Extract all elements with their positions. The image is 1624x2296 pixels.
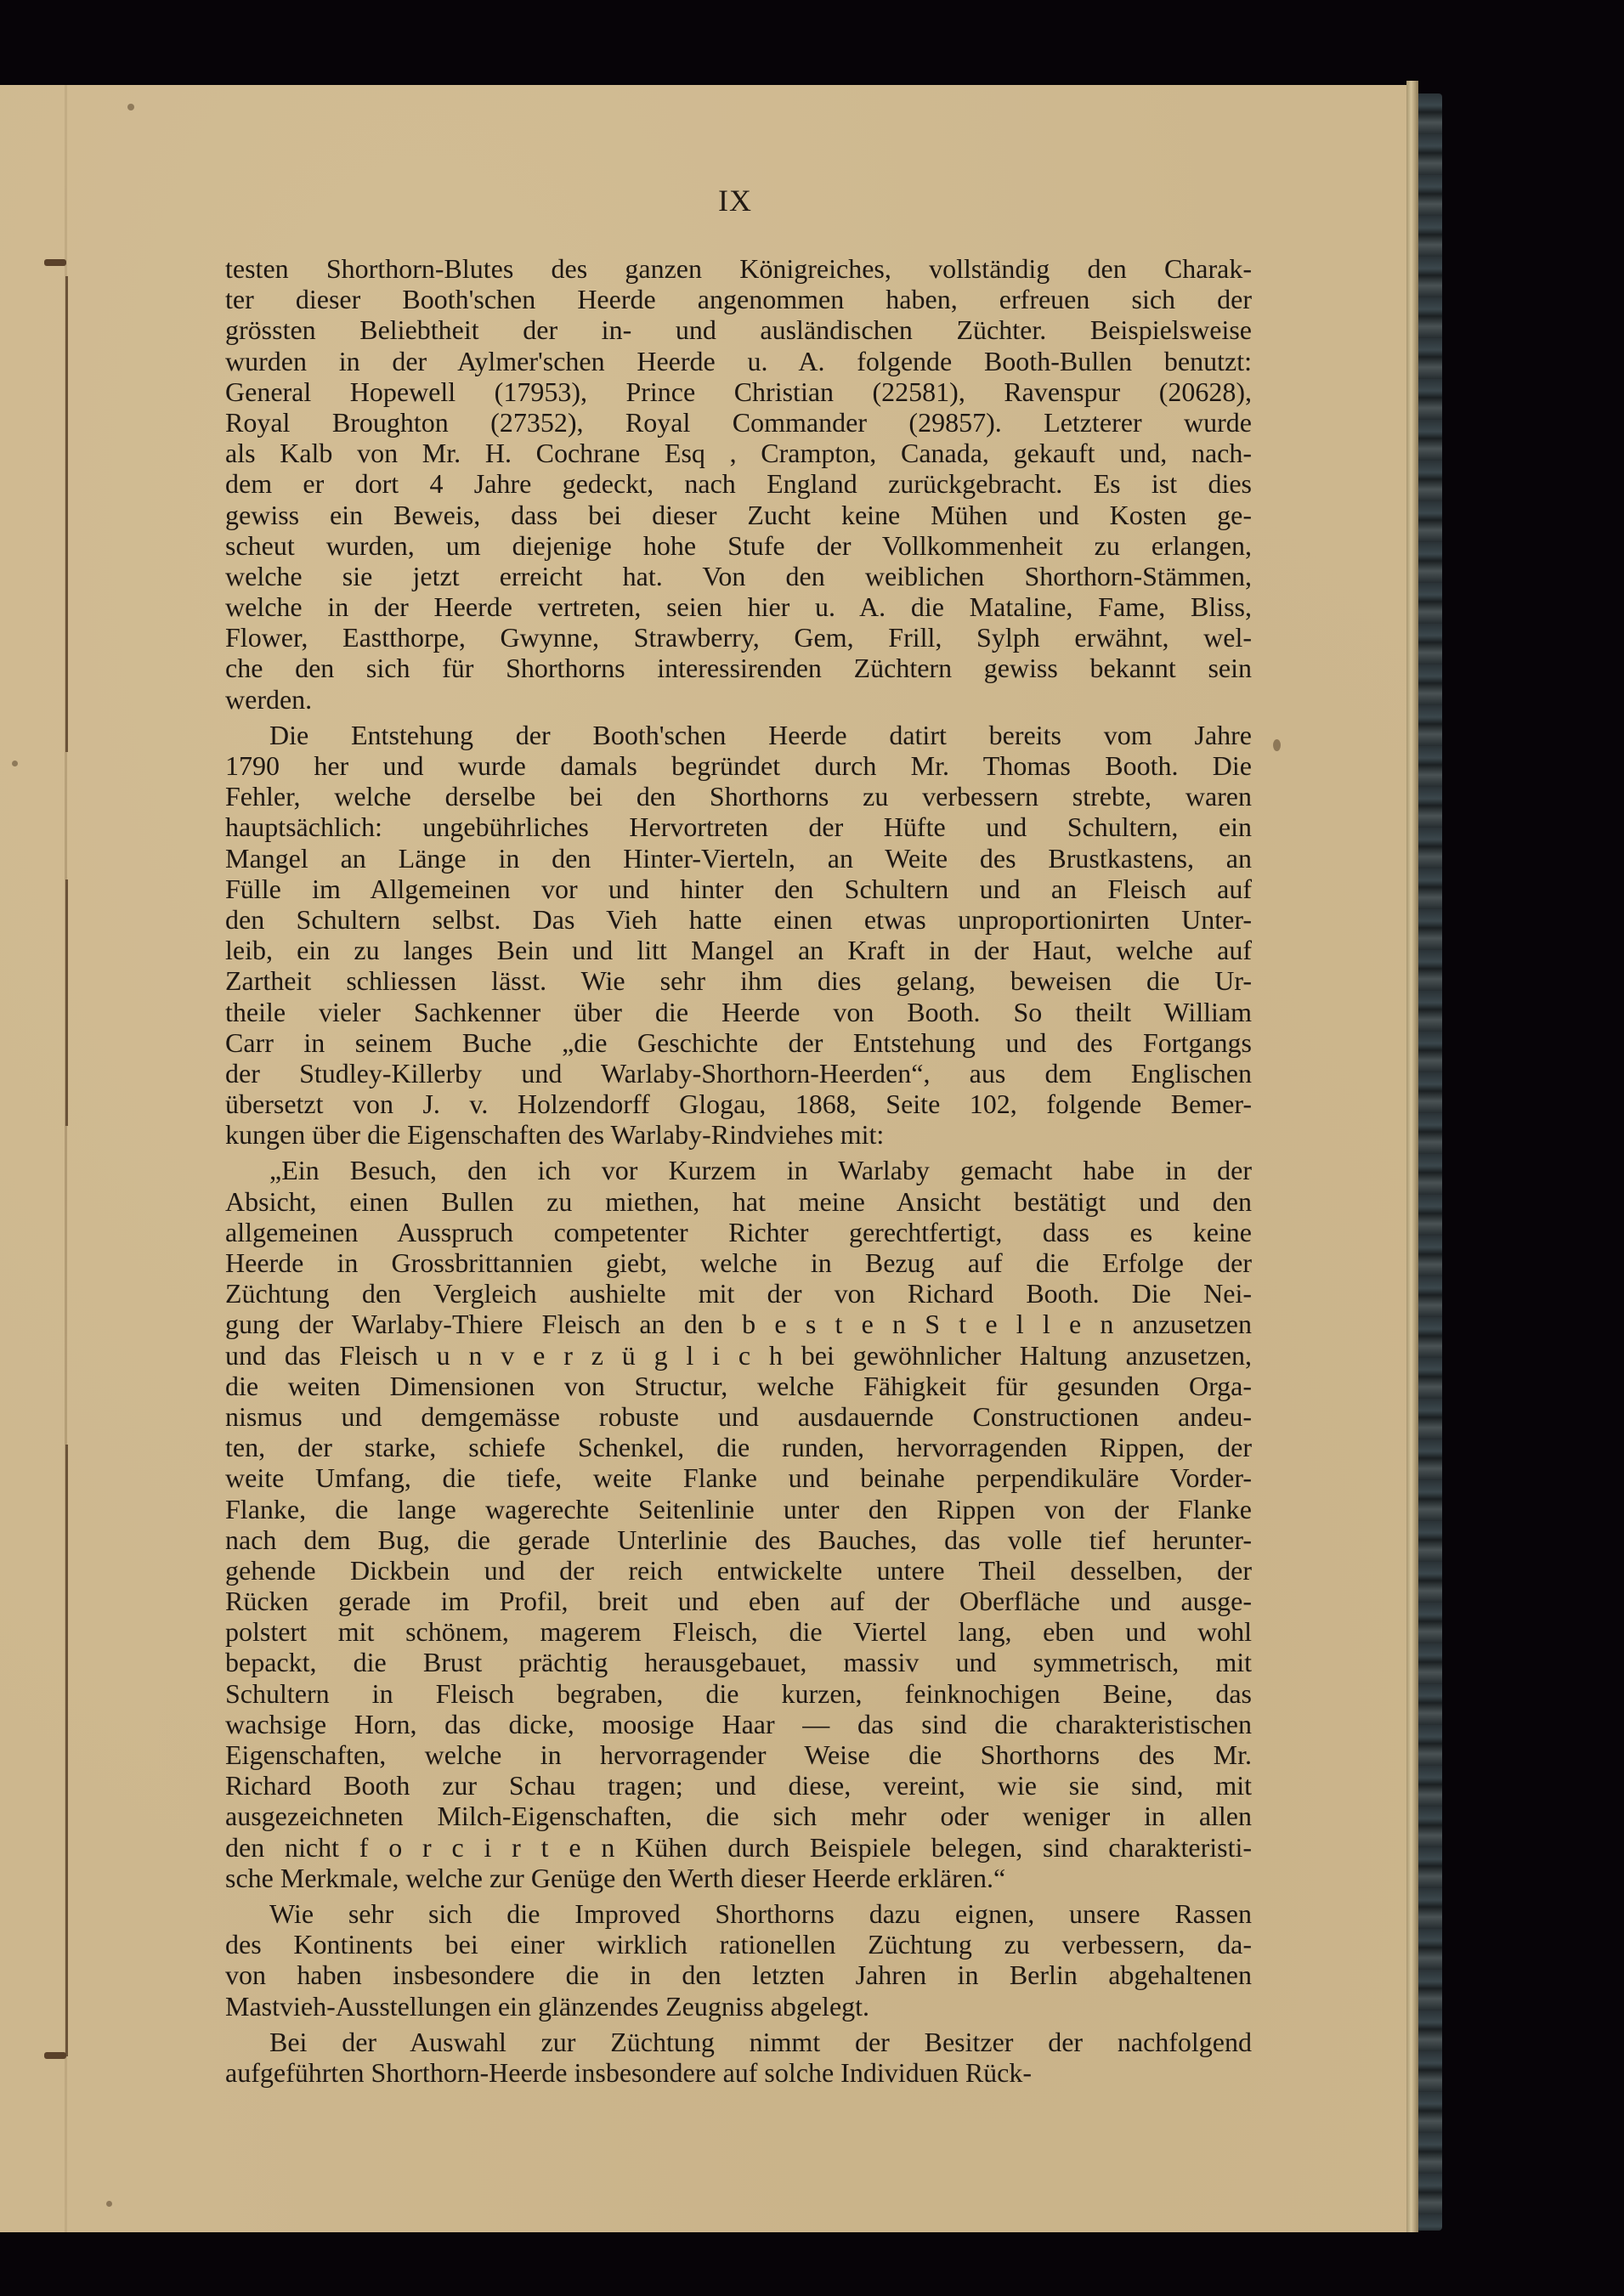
text-line: nismus und demgemässe robuste und ausdau… bbox=[225, 1401, 1252, 1432]
text-line: Mastvieh-Ausstellungen ein glänzendes Ze… bbox=[225, 1991, 1252, 2022]
text-line: hauptsächlich: ungebührliches Hervortret… bbox=[225, 812, 1252, 842]
binding-stitch-mark bbox=[44, 259, 66, 266]
text-line: che den sich für Shorthorns interessiren… bbox=[225, 653, 1252, 683]
binding-thread bbox=[65, 1445, 68, 2056]
text-line: General Hopewell (17953), Prince Christi… bbox=[225, 376, 1252, 407]
paragraph: Wie sehr sich die Improved Shorthorns da… bbox=[225, 1898, 1252, 2022]
text-line: Züchtung den Vergleich aushielte mit der… bbox=[225, 1278, 1252, 1309]
text-line: wachsige Horn, das dicke, moosige Haar —… bbox=[225, 1709, 1252, 1739]
text-line: allgemeinen Ausspruch competenter Richte… bbox=[225, 1217, 1252, 1247]
paper-spot bbox=[106, 2201, 112, 2207]
text-line: Fülle im Allgemeinen vor und hinter den … bbox=[225, 874, 1252, 904]
text-line: bepackt, die Brust prächtig herausgebaue… bbox=[225, 1647, 1252, 1677]
binding-thread bbox=[65, 879, 68, 1126]
text-line: und das Fleisch u n v e r z ü g l i c h … bbox=[225, 1340, 1252, 1371]
scanned-book-page: IX testen Shorthorn-Blutes des ganzen Kö… bbox=[0, 0, 1624, 2296]
text-line: Die Entstehung der Booth'schen Heerde da… bbox=[225, 720, 1252, 750]
text-line: der Studley-Killerby und Warlaby-Shortho… bbox=[225, 1058, 1252, 1089]
text-line: gehende Dickbein und der reich entwickel… bbox=[225, 1555, 1252, 1586]
text-line: dem er dort 4 Jahre gedeckt, nach Englan… bbox=[225, 468, 1252, 499]
text-line: Zartheit schliessen lässt. Wie sehr ihm … bbox=[225, 965, 1252, 996]
text-line: gung der Warlaby-Thiere Fleisch an den b… bbox=[225, 1309, 1252, 1339]
binding-thread bbox=[65, 276, 68, 752]
text-line: Richard Booth zur Schau tragen; und dies… bbox=[225, 1770, 1252, 1801]
text-line: den nicht f o r c i r t e n Kühen durch … bbox=[225, 1832, 1252, 1863]
text-line: die weiten Dimensionen von Structur, wel… bbox=[225, 1371, 1252, 1401]
text-line: ter dieser Booth'schen Heerde angenommen… bbox=[225, 284, 1252, 314]
text-line: Fehler, welche derselbe bei den Shorthor… bbox=[225, 781, 1252, 812]
text-line: Absicht, einen Bullen zu miethen, hat me… bbox=[225, 1186, 1252, 1217]
paragraph: testen Shorthorn-Blutes des ganzen König… bbox=[225, 253, 1252, 715]
text-line: welche sie jetzt erreicht hat. Von den w… bbox=[225, 561, 1252, 591]
text-line: Rücken gerade im Profil, breit und eben … bbox=[225, 1586, 1252, 1616]
paper-spot bbox=[127, 104, 134, 110]
text-line: wurden in der Aylmer'schen Heerde u. A. … bbox=[225, 346, 1252, 376]
text-line: den Schultern selbst. Das Vieh hatte ein… bbox=[225, 904, 1252, 935]
text-line: ten, der starke, schiefe Schenkel, die r… bbox=[225, 1432, 1252, 1462]
text-line: sche Merkmale, welche zur Genüge den Wer… bbox=[225, 1863, 1252, 1893]
paragraph: „Ein Besuch, den ich vor Kurzem in Warla… bbox=[225, 1155, 1252, 1893]
text-line: testen Shorthorn-Blutes des ganzen König… bbox=[225, 253, 1252, 284]
text-line: welche in der Heerde vertreten, seien hi… bbox=[225, 591, 1252, 622]
text-line: polstert mit schönem, magerem Fleisch, d… bbox=[225, 1616, 1252, 1647]
binding-stitch-mark bbox=[44, 2052, 66, 2059]
text-line: Royal Broughton (27352), Royal Commander… bbox=[225, 407, 1252, 438]
text-line: „Ein Besuch, den ich vor Kurzem in Warla… bbox=[225, 1155, 1252, 1185]
page-number: IX bbox=[718, 183, 752, 218]
text-line: nach dem Bug, die gerade Unterlinie des … bbox=[225, 1524, 1252, 1555]
paragraph: Die Entstehung der Booth'schen Heerde da… bbox=[225, 720, 1252, 1151]
text-line: scheut wurden, um diejenige hohe Stufe d… bbox=[225, 530, 1252, 561]
text-line: Eigenschaften, welche in hervorragender … bbox=[225, 1739, 1252, 1770]
text-line: gewiss ein Beweis, dass bei dieser Zucht… bbox=[225, 500, 1252, 530]
text-line: von haben insbesondere die in den letzte… bbox=[225, 1960, 1252, 1990]
text-line: 1790 her und wurde damals begründet durc… bbox=[225, 750, 1252, 781]
text-line: Wie sehr sich die Improved Shorthorns da… bbox=[225, 1898, 1252, 1929]
text-line: theile vieler Sachkenner über die Heerde… bbox=[225, 997, 1252, 1027]
text-line: kungen über die Eigenschaften des Warlab… bbox=[225, 1119, 1252, 1150]
text-line: Mangel an Länge in den Hinter-Vierteln, … bbox=[225, 843, 1252, 874]
book-cover-edge bbox=[1418, 93, 1442, 2231]
paragraph: Bei der Auswahl zur Züchtung nimmt der B… bbox=[225, 2027, 1252, 2088]
body-text: testen Shorthorn-Blutes des ganzen König… bbox=[225, 253, 1252, 2088]
text-line: Schultern in Fleisch begraben, die kurze… bbox=[225, 1678, 1252, 1709]
text-line: ausgezeichneten Milch-Eigenschaften, die… bbox=[225, 1801, 1252, 1831]
text-line: grössten Beliebtheit der in- und ausländ… bbox=[225, 314, 1252, 345]
text-line: werden. bbox=[225, 684, 1252, 715]
text-line: aufgeführten Shorthorn-Heerde insbesonde… bbox=[225, 2057, 1252, 2088]
text-line: leib, ein zu langes Bein und litt Mangel… bbox=[225, 935, 1252, 965]
text-line: Flanke, die lange wagerechte Seitenlinie… bbox=[225, 1494, 1252, 1524]
text-line: des Kontinents bei einer wirklich ration… bbox=[225, 1929, 1252, 1960]
text-line: als Kalb von Mr. H. Cochrane Esq , Cramp… bbox=[225, 438, 1252, 468]
text-line: Flower, Eastthorpe, Gwynne, Strawberry, … bbox=[225, 622, 1252, 653]
text-line: weite Umfang, die tiefe, weite Flanke un… bbox=[225, 1462, 1252, 1493]
text-line: Heerde in Grossbrittannien giebt, welche… bbox=[225, 1247, 1252, 1278]
text-line: Bei der Auswahl zur Züchtung nimmt der B… bbox=[225, 2027, 1252, 2057]
page-edge bbox=[1406, 81, 1418, 2232]
paper-spot bbox=[12, 761, 18, 766]
text-line: Carr in seinem Buche „die Geschichte der… bbox=[225, 1027, 1252, 1058]
paper-spot bbox=[1273, 739, 1281, 751]
text-line: übersetzt von J. v. Holzendorff Glogau, … bbox=[225, 1089, 1252, 1119]
